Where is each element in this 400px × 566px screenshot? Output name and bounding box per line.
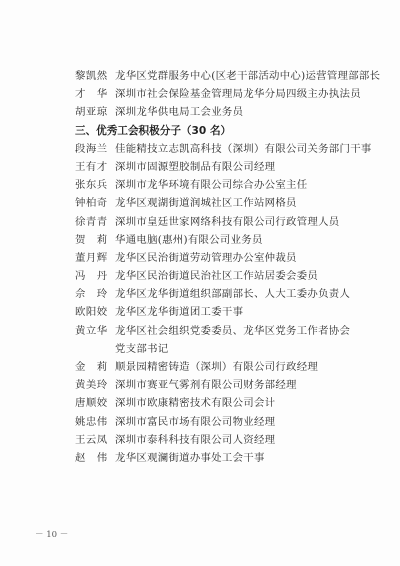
- person-name: 徐青青: [75, 216, 115, 229]
- person-name: 唐顺姣: [75, 397, 115, 410]
- person-name: 金 莉: [75, 361, 115, 374]
- person-name: 黎凯然: [75, 70, 115, 83]
- person-name: 董月辉: [75, 252, 115, 265]
- person-position: 深圳市社会保险基金管理局龙华分局四级主办执法员: [115, 88, 375, 101]
- person-name: 王云凤: [75, 434, 115, 447]
- person-position: 深圳市固源塑胶制品有限公司经理: [115, 161, 375, 174]
- list-item: 金 莉顺景园精密铸造（深圳）有限公司行政经理: [75, 361, 375, 379]
- person-name: 王有才: [75, 161, 115, 174]
- list-item: 贺 莉华通电脑(惠州)有限公司业务员: [75, 234, 375, 252]
- section-heading: 三、优秀工会积极分子（30 名）: [75, 125, 375, 143]
- page-number: － 10 －: [35, 528, 68, 540]
- list-item: 才 华深圳市社会保险基金管理局龙华分局四级主办执法员: [75, 88, 375, 106]
- person-position: 深圳市富民市场有限公司物业经理: [115, 416, 375, 429]
- person-position: 龙华区民治街道民治社区工作站居委会委员: [115, 270, 375, 283]
- list-item: 黄立华龙华区社会组织党委委员、龙华区党务工作者协会: [75, 325, 375, 343]
- list-item: 王云凤深圳市泰科科技有限公司人资经理: [75, 434, 375, 452]
- person-position: 龙华区龙华街道团工委干事: [115, 306, 375, 319]
- document-page: 黎凯然龙华区党群服务中心(区老干部活动中心)运营管理部部长 才 华深圳市社会保险…: [0, 0, 400, 566]
- person-name: 胡亚琼: [75, 106, 115, 119]
- person-position: 顺景园精密铸造（深圳）有限公司行政经理: [115, 361, 375, 374]
- person-name: 佘 玲: [75, 288, 115, 301]
- person-position: 深圳市泰科科技有限公司人资经理: [115, 434, 375, 447]
- person-name: 冯 丹: [75, 270, 115, 283]
- list-item: 胡亚琼深圳龙华供电局工会业务员: [75, 106, 375, 124]
- person-position: 深圳市皇廷世家网络科技有限公司行政管理人员: [115, 216, 375, 229]
- person-position: 龙华区社会组织党委委员、龙华区党务工作者协会: [115, 325, 375, 338]
- list-item: 王有才深圳市固源塑胶制品有限公司经理: [75, 161, 375, 179]
- list-item-continuation: 党支部书记: [75, 343, 375, 361]
- list-item: 欧阳姣龙华区龙华街道团工委干事: [75, 306, 375, 324]
- person-position: 深圳市欧康精密技术有限公司会计: [115, 397, 375, 410]
- person-name: 钟柏奇: [75, 197, 115, 210]
- person-name: 欧阳姣: [75, 306, 115, 319]
- person-position: 龙华区党群服务中心(区老干部活动中心)运营管理部部长: [115, 70, 380, 83]
- person-name: 张东兵: [75, 179, 115, 192]
- person-name: 黄立华: [75, 325, 115, 338]
- person-position: 佳能精技立志凯高科技（深圳）有限公司关务部门干事: [115, 143, 375, 156]
- person-position: 深圳龙华供电局工会业务员: [115, 106, 375, 119]
- person-position: 龙华区观湖街道润城社区工作站网格员: [115, 197, 375, 210]
- person-name: 黄美玲: [75, 379, 115, 392]
- person-position: 龙华区民治街道劳动管理办公室仲裁员: [115, 252, 375, 265]
- list-item: 黎凯然龙华区党群服务中心(区老干部活动中心)运营管理部部长: [75, 70, 375, 88]
- person-name: 赵 伟: [75, 452, 115, 465]
- list-item: 董月辉龙华区民治街道劳动管理办公室仲裁员: [75, 252, 375, 270]
- person-position: 深圳市龙华环境有限公司综合办公室主任: [115, 179, 375, 192]
- list-item: 钟柏奇龙华区观湖街道润城社区工作站网格员: [75, 197, 375, 215]
- list-item: 冯 丹龙华区民治街道民治社区工作站居委会委员: [75, 270, 375, 288]
- list-item: 徐青青深圳市皇廷世家网络科技有限公司行政管理人员: [75, 216, 375, 234]
- list-item: 黄美玲深圳市赛亚气雾剂有限公司财务部经理: [75, 379, 375, 397]
- list-item: 唐顺姣深圳市欧康精密技术有限公司会计: [75, 397, 375, 415]
- person-position-continued: 党支部书记: [115, 343, 375, 356]
- person-position: 华通电脑(惠州)有限公司业务员: [115, 234, 375, 247]
- person-name: 才 华: [75, 88, 115, 101]
- list-item: 佘 玲龙华区龙华街道组织部副部长、人大工委办负责人: [75, 288, 375, 306]
- person-name: 姚忠伟: [75, 416, 115, 429]
- list-item: 张东兵深圳市龙华环境有限公司综合办公室主任: [75, 179, 375, 197]
- person-position: 龙华区观澜街道办事处工会干事: [115, 452, 375, 465]
- person-name: 贺 莉: [75, 234, 115, 247]
- list-item: 段海兰佳能精技立志凯高科技（深圳）有限公司关务部门干事: [75, 143, 375, 161]
- name-list: 黎凯然龙华区党群服务中心(区老干部活动中心)运营管理部部长 才 华深圳市社会保险…: [75, 70, 375, 470]
- list-item: 赵 伟龙华区观澜街道办事处工会干事: [75, 452, 375, 470]
- list-item: 姚忠伟深圳市富民市场有限公司物业经理: [75, 416, 375, 434]
- person-position: 深圳市赛亚气雾剂有限公司财务部经理: [115, 379, 375, 392]
- person-name: 段海兰: [75, 143, 115, 156]
- person-position: 龙华区龙华街道组织部副部长、人大工委办负责人: [115, 288, 375, 301]
